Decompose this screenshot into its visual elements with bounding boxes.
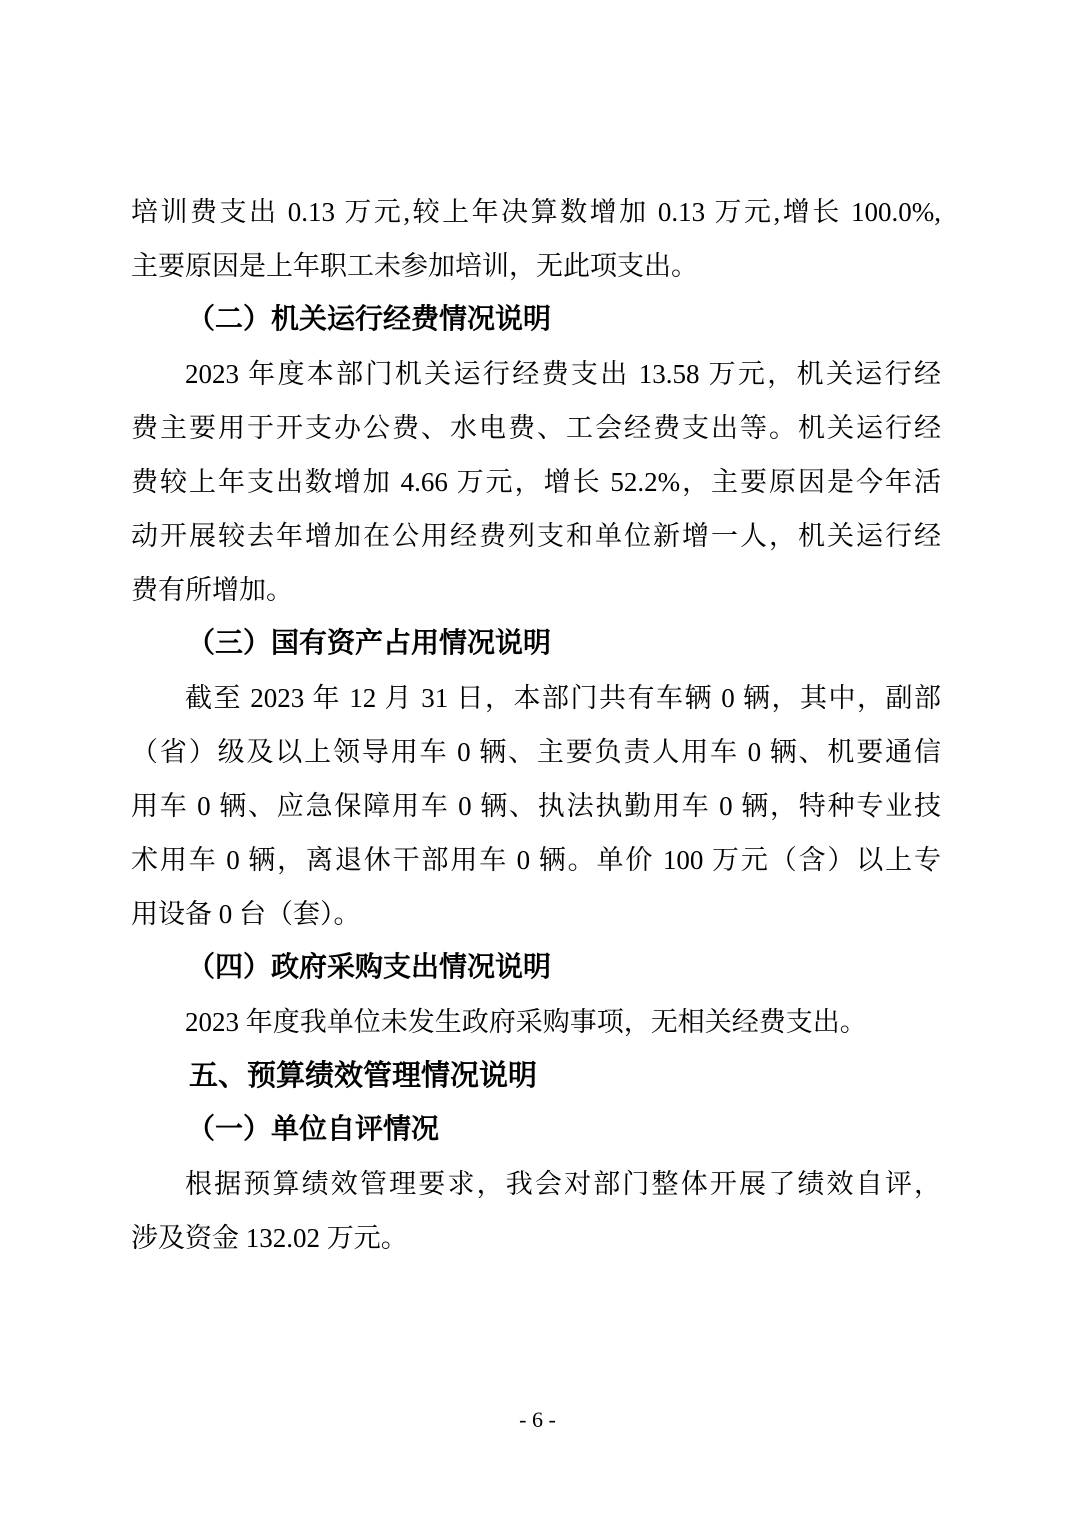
section-heading: （三）国有资产占用情况说明	[131, 617, 941, 671]
page-footer: - 6 -	[0, 1407, 1075, 1433]
text-line: 动开展较去年增加在公用经费列支和单位新增一人，机关运行经	[131, 509, 941, 563]
text-line: 主要原因是上年职工未参加培训，无此项支出。	[131, 239, 941, 293]
text-line: 截至 2023 年 12 月 31 日，本部门共有车辆 0 辆，其中，副部	[131, 671, 941, 725]
section-heading: （四）政府采购支出情况说明	[131, 941, 941, 995]
section-heading: （二）机关运行经费情况说明	[131, 293, 941, 347]
text-line: 用车 0 辆、应急保障用车 0 辆、执法执勤用车 0 辆，特种专业技	[131, 779, 941, 833]
text-line: 用设备 0 台（套）。	[131, 887, 941, 941]
text-line: 2023 年度我单位未发生政府采购事项，无相关经费支出。	[131, 995, 941, 1049]
document-page: 培训费支出 0.13 万元,较上年决算数增加 0.13 万元,增长 100.0%…	[0, 0, 1075, 1520]
text-line: （省）级及以上领导用车 0 辆、主要负责人用车 0 辆、机要通信	[131, 725, 941, 779]
text-line: 涉及资金 132.02 万元。	[131, 1211, 941, 1265]
text-line: 根据预算绩效管理要求，我会对部门整体开展了绩效自评，	[131, 1157, 941, 1211]
text-line: 培训费支出 0.13 万元,较上年决算数增加 0.13 万元,增长 100.0%…	[131, 185, 941, 239]
text-line: 费有所增加。	[131, 563, 941, 617]
text-line: 术用车 0 辆，离退休干部用车 0 辆。单价 100 万元（含）以上专	[131, 833, 941, 887]
section-heading: （一）单位自评情况	[131, 1103, 941, 1157]
chapter-heading: 五、预算绩效管理情况说明	[131, 1049, 941, 1103]
text-line: 费主要用于开支办公费、水电费、工会经费支出等。机关运行经	[131, 401, 941, 455]
document-body: 培训费支出 0.13 万元,较上年决算数增加 0.13 万元,增长 100.0%…	[131, 185, 941, 1265]
text-line: 2023 年度本部门机关运行经费支出 13.58 万元，机关运行经	[131, 347, 941, 401]
page-number: - 6 -	[519, 1407, 556, 1432]
text-line: 费较上年支出数增加 4.66 万元，增长 52.2%，主要原因是今年活	[131, 455, 941, 509]
